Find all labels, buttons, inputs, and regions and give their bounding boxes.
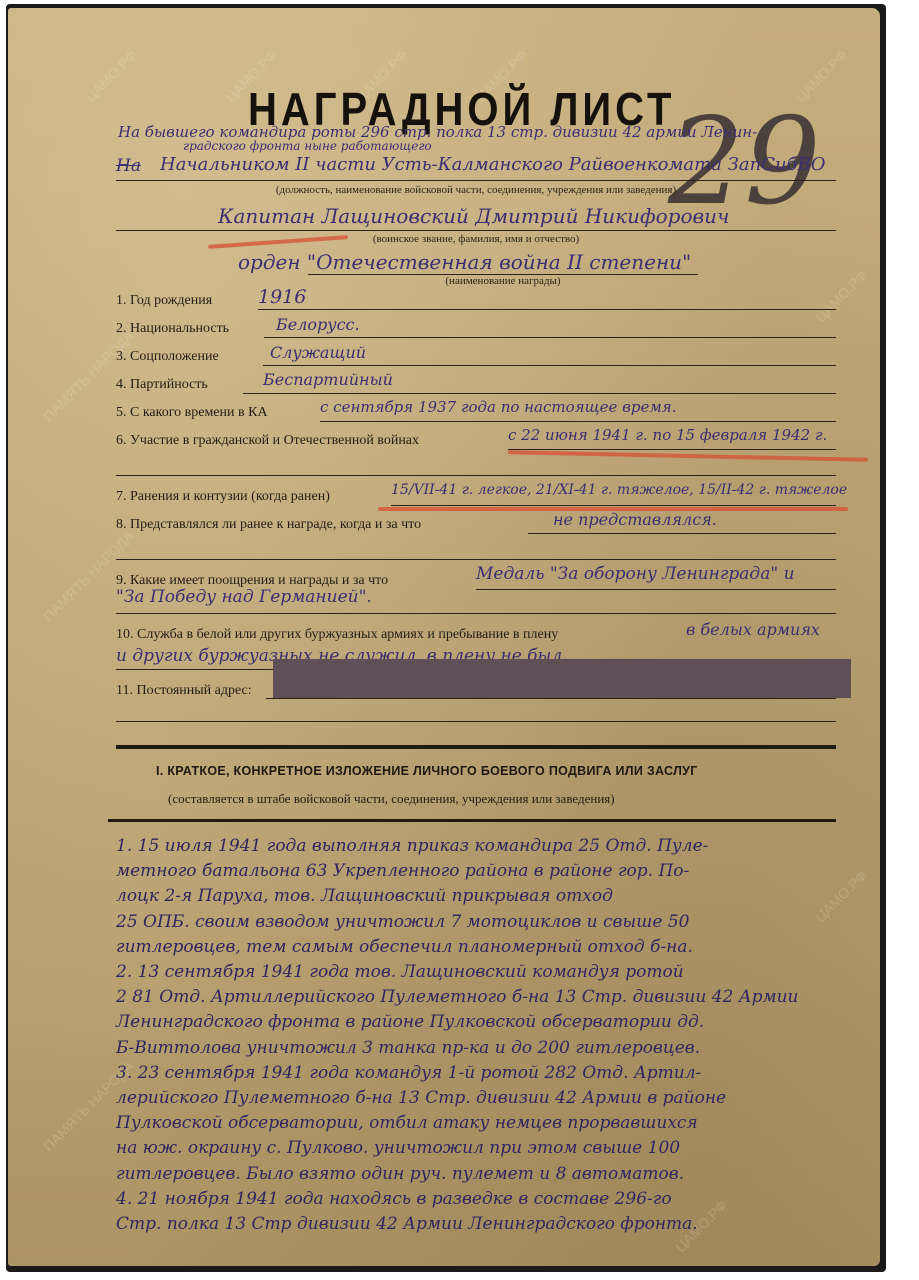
narrative-line: Стр. полка 13 Стр дивизии 42 Армии Ленин… — [116, 1216, 698, 1233]
field-label-nationality: 2. Национальность — [116, 321, 229, 337]
recipient-name: Капитан Лащиновский Дмитрий Никифорович — [218, 204, 729, 228]
position-value: Начальником II части Усть-Калманского Ра… — [160, 154, 826, 175]
field-underline — [116, 721, 836, 722]
watermark: ЦАМО.РФ — [812, 267, 870, 325]
field-value-party: Беспартийный — [263, 370, 393, 389]
field-value-social-status: Служащий — [270, 343, 366, 362]
field-label-party: 4. Партийность — [116, 377, 208, 393]
field-underline — [476, 589, 836, 590]
field-value-honors-2: "За Победу над Германией". — [116, 587, 372, 607]
field-value-wounds: 15/VII-41 г. легкое, 21/XI-41 г. тяжелое… — [391, 482, 847, 498]
field-value-birth-year: 1916 — [258, 286, 306, 308]
award-sheet-page: ЦАМО.РФ ЦАМО.РФ ЦАМО.РФ ЦАМО.РФ ЦАМО.РФ … — [8, 8, 880, 1266]
narrative-line: 1. 15 июля 1941 года выполняя приказ ком… — [116, 838, 708, 855]
field-value-army-since: с сентября 1937 года по настоящее время. — [320, 398, 676, 416]
narrative-line: 2. 13 сентября 1941 года тов. Лащиновски… — [116, 964, 684, 981]
narrative-line: 2 81 Отд. Артиллерийского Пулеметного б-… — [116, 989, 799, 1006]
section-divider — [108, 819, 836, 822]
field-value-white-army: в белых армиях — [686, 620, 820, 639]
name-underline — [116, 230, 836, 231]
field-underline — [116, 559, 836, 560]
red-pencil-mark — [508, 450, 868, 462]
narrative-line: 25 ОПБ. своим взводом уничтожил 7 мотоци… — [116, 914, 689, 931]
watermark: ЦАМО.РФ — [82, 47, 140, 105]
field-label-wounds: 7. Ранения и контузии (когда ранен) — [116, 489, 330, 505]
narrative-line: лерийского Пулеметного б-на 13 Стр. диви… — [116, 1090, 726, 1107]
narrative-line: Пулковской обсерватории, отбил атаку нем… — [116, 1115, 698, 1132]
field-underline — [263, 365, 836, 366]
section-subheading: (составляется в штабе войсковой части, с… — [168, 791, 615, 807]
position-caption: (должность, наименование войсковой части… — [116, 184, 836, 196]
field-label-prior-awards: 8. Представлялся ли ранее к награде, ког… — [116, 517, 421, 533]
narrative-line: 3. 23 сентября 1941 года командуя 1-й ро… — [116, 1065, 701, 1082]
field-underline — [258, 309, 836, 310]
narrative-line: 4. 21 ноября 1941 года находясь в развед… — [116, 1191, 672, 1208]
narrative-line: метного батальона 63 Укрепленного района… — [116, 863, 689, 880]
field-value-honors: Медаль "За оборону Ленинграда" и — [476, 564, 795, 584]
award-caption: (наименование награды) — [308, 275, 698, 287]
narrative-line: Ленинградского фронта в районе Пулковско… — [116, 1014, 704, 1031]
narrative-line: гитлеровцев. Было взято один руч. пулеме… — [116, 1166, 684, 1183]
section-heading: I. КРАТКОЕ, КОНКРЕТНОЕ ИЗЛОЖЕНИЕ ЛИЧНОГО… — [156, 764, 698, 778]
redacted-address — [273, 659, 851, 698]
position-underline — [116, 180, 836, 181]
field-value-prior-awards: не представлялся. — [553, 510, 717, 529]
field-label-army-since: 5. С какого времени в КА — [116, 405, 268, 421]
field-label-war-participation: 6. Участие в гражданской и Отечественной… — [116, 433, 419, 449]
section-divider — [116, 745, 836, 749]
narrative-line: на юж. окраину с. Пулково. уничтожил при… — [116, 1140, 680, 1157]
field-label-white-army: 10. Служба в белой или других буржуазных… — [116, 627, 558, 643]
field-underline — [266, 698, 836, 699]
narrative-line: гитлеровцев, тем самым обеспечил планоме… — [116, 939, 693, 956]
field-value-nationality: Белорусс. — [276, 315, 360, 334]
field-underline — [264, 337, 836, 338]
field-underline — [243, 393, 836, 394]
field-value-war-participation: с 22 июня 1941 г. по 15 февраля 1942 г. — [508, 426, 827, 444]
field-underline — [116, 475, 836, 476]
narrative-line: Б-Виттолова уничтожил 3 танка пр-ка и до… — [116, 1040, 700, 1057]
award-name: орден "Отечественная война II степени" — [238, 250, 691, 274]
field-underline — [508, 449, 836, 450]
name-caption: (воинское звание, фамилия, имя и отчеств… — [116, 233, 836, 245]
field-label-address: 11. Постоянный адрес: — [116, 683, 252, 699]
position-prefix: На — [116, 156, 141, 176]
watermark: ЦАМО.РФ — [812, 867, 870, 925]
field-label-birth-year: 1. Год рождения — [116, 293, 212, 309]
field-underline — [528, 533, 836, 534]
field-underline — [116, 613, 836, 614]
field-underline — [391, 505, 836, 506]
field-label-social-status: 3. Соцположение — [116, 349, 219, 365]
nomination-note-2: градского фронта ныне работающего — [183, 139, 432, 153]
narrative-line: лоцк 2-я Паруха, тов. Лащиновский прикры… — [116, 888, 613, 905]
field-underline — [320, 421, 836, 422]
